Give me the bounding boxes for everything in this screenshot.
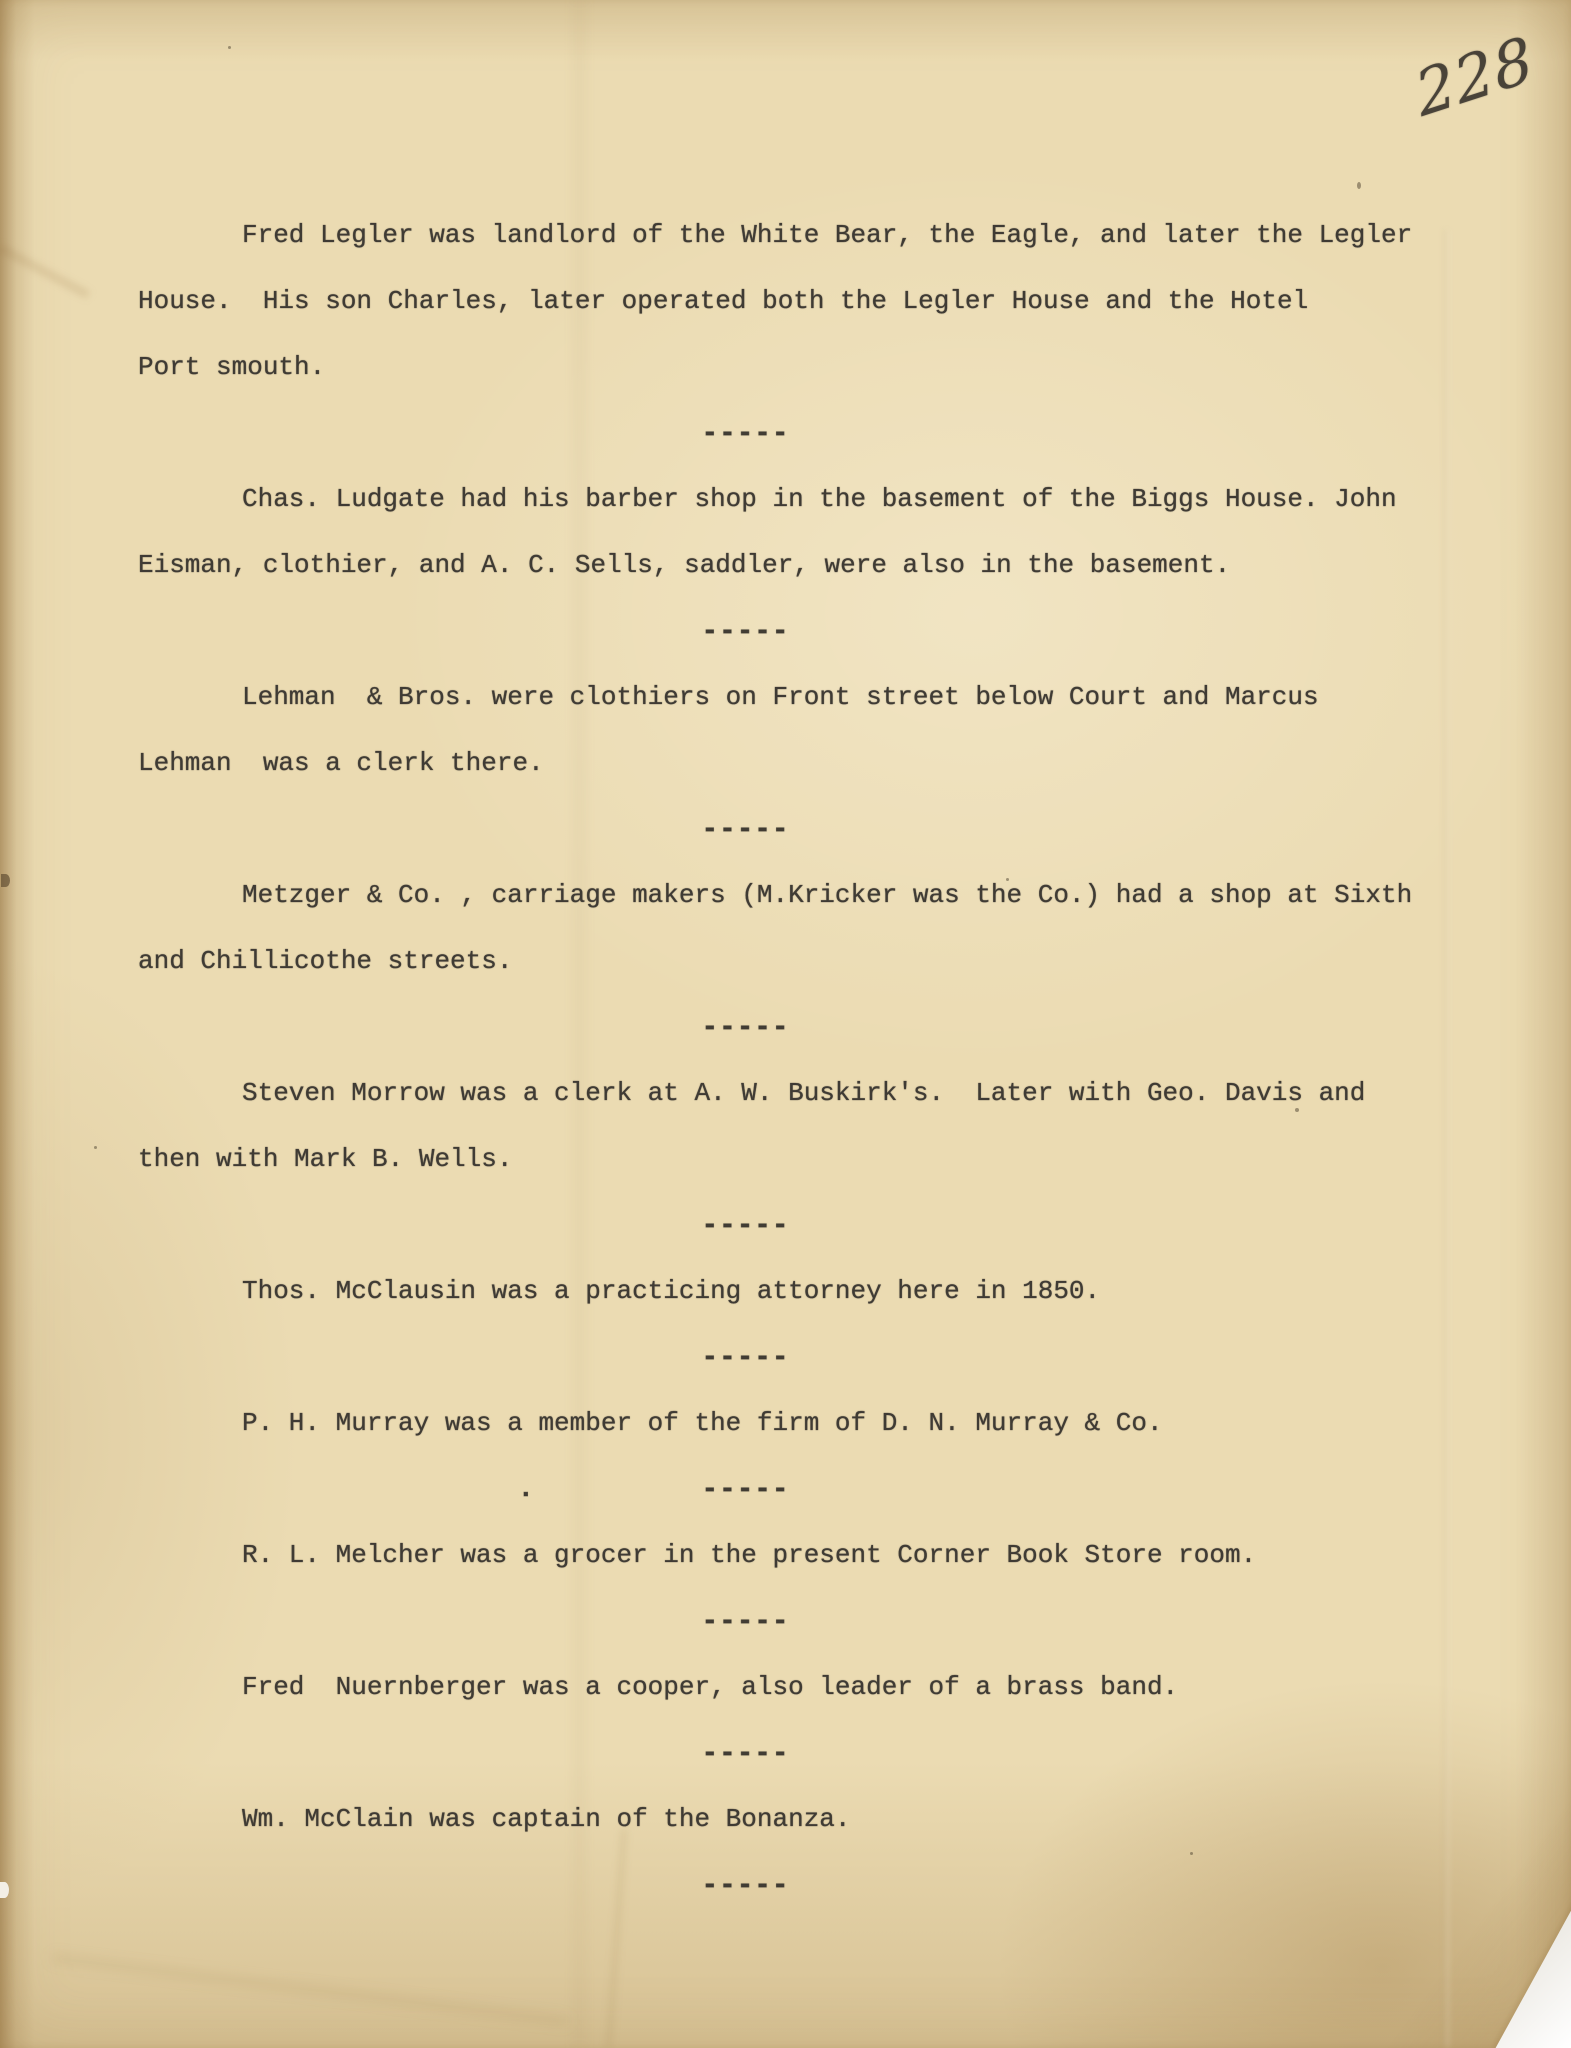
typed-line: and Chillicothe streets. — [138, 944, 512, 978]
typed-line: Fred Legler was landlord of the White Be… — [242, 218, 1412, 252]
typed-line: Lehman & Bros. were clothiers on Front s… — [242, 680, 1319, 714]
typed-line: Wm. McClain was captain of the Bonanza. — [242, 1802, 851, 1836]
stray-period-mark: . — [518, 1472, 534, 1506]
document-text: Fred Legler was landlord of the White Be… — [0, 0, 1571, 2048]
separator-dashes: ----- — [702, 812, 790, 846]
typed-line: Fred Nuernberger was a cooper, also lead… — [242, 1670, 1178, 1704]
paper-sheet: 228 Fred Legler was landlord of the Whit… — [0, 0, 1571, 2048]
typed-line: House. His son Charles, later operated b… — [138, 284, 1308, 318]
separator-dashes: ----- — [702, 416, 790, 450]
typed-line: then with Mark B. Wells. — [138, 1142, 512, 1176]
typed-line: Thos. McClausin was a practicing attorne… — [242, 1274, 1100, 1308]
typed-line: Metzger & Co. , carriage makers (M.Krick… — [242, 878, 1412, 912]
separator-dashes: ----- — [702, 1868, 790, 1902]
typed-line: Port smouth. — [138, 350, 325, 384]
separator-dashes: ----- — [702, 1208, 790, 1242]
typed-line: Lehman was a clerk there. — [138, 746, 544, 780]
typed-line: P. H. Murray was a member of the firm of… — [242, 1406, 1163, 1440]
separator-dashes: ----- — [702, 1010, 790, 1044]
typed-line: R. L. Melcher was a grocer in the presen… — [242, 1538, 1256, 1572]
typed-line: Chas. Ludgate had his barber shop in the… — [242, 482, 1397, 516]
separator-dashes: ----- — [702, 1340, 790, 1374]
separator-dashes: ----- — [702, 1604, 790, 1638]
separator-dashes: ----- — [702, 614, 790, 648]
typed-line: Eisman, clothier, and A. C. Sells, saddl… — [138, 548, 1230, 582]
typed-line: Steven Morrow was a clerk at A. W. Buski… — [242, 1076, 1365, 1110]
separator-dashes: ----- — [702, 1736, 790, 1770]
separator-dashes: ----- — [702, 1472, 790, 1506]
